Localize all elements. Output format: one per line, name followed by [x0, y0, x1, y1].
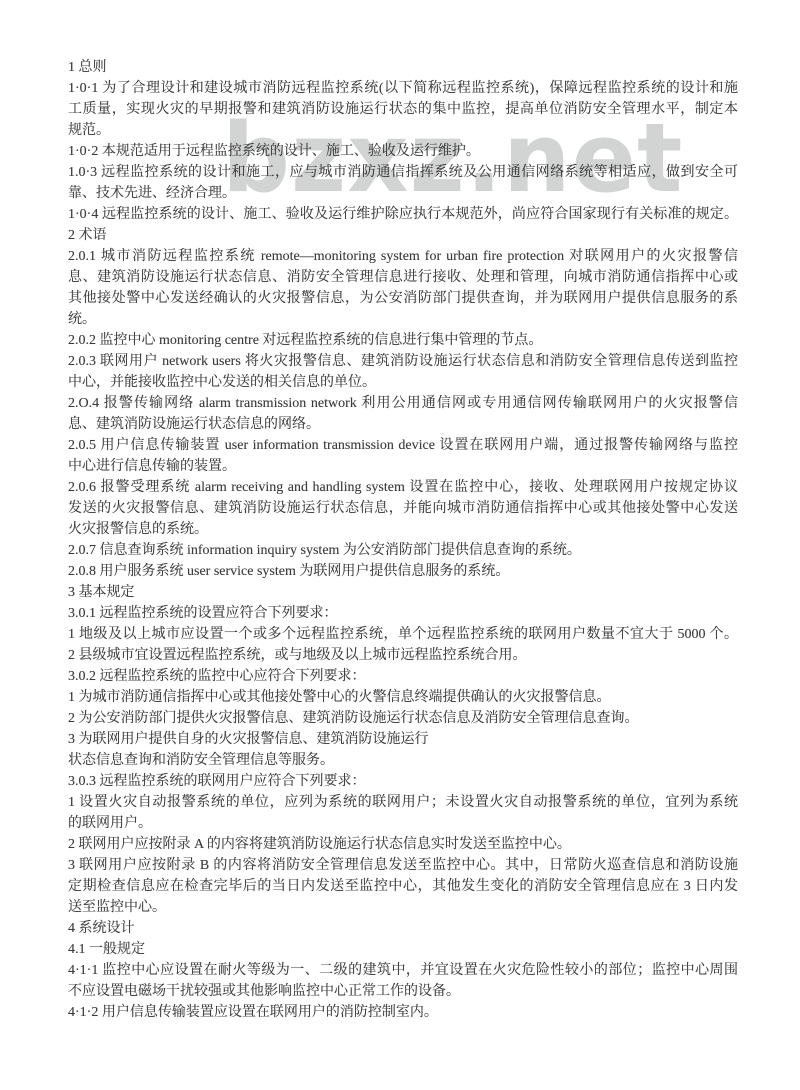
document-body: 1 总则1·0·1 为了合理设计和建设城市消防远程监控系统(以下简称远程监控系统…: [68, 57, 738, 1023]
doc-line: 2 县级城市宜设置远程监控系统，或与地级及以上城市远程监控系统合用。: [68, 645, 738, 666]
doc-line: 3.0.3 远程监控系统的联网用户应符合下列要求：: [68, 771, 738, 792]
doc-line: 2.0.2 监控中心 monitoring centre 对远程监控系统的信息进…: [68, 330, 738, 351]
doc-line: 其他接处警中心发送经确认的火灾报警信息，为公安消防部门提供查询，并为联网用户提供…: [68, 288, 738, 309]
doc-line: 1·0·2 本规范适用于远程监控系统的设计、施工、验收及运行维护。: [68, 141, 738, 162]
doc-line: 2.0.3 联网用户 network users 将火灾报警信息、建筑消防设施运…: [68, 351, 738, 372]
doc-line: 1 为城市消防通信指挥中心或其他接处警中心的火警信息终端提供确认的火灾报警信息。: [68, 687, 738, 708]
doc-line: 规范。: [68, 120, 738, 141]
doc-line: 2 联网用户应按附录 A 的内容将建筑消防设施运行状态信息实时发送至监控中心。: [68, 834, 738, 855]
doc-line: 2 为公安消防部门提供火灾报警信息、建筑消防设施运行状态信息及消防安全管理信息查…: [68, 708, 738, 729]
doc-line: 2.0.6 报警受理系统 alarm receiving and handlin…: [68, 477, 738, 498]
doc-line: 3 为联网用户提供自身的火灾报警信息、建筑消防设施运行: [68, 729, 738, 750]
doc-line: 靠、技术先进、经济合理。: [68, 183, 738, 204]
document-page: bzxz.net 1 总则1·0·1 为了合理设计和建设城市消防远程监控系统(以…: [0, 0, 800, 1090]
doc-line: 1 地级及以上城市应设置一个或多个远程监控系统，单个远程监控系统的联网用户数量不…: [68, 624, 738, 645]
doc-line: 息、建筑消防设施运行状态信息、消防安全管理信息进行接收、处理和管理，向城市消防通…: [68, 267, 738, 288]
doc-line: 中心进行信息传输的装置。: [68, 456, 738, 477]
doc-line: 4·1·1 监控中心应设置在耐火等级为一、二级的建筑中，并宜设置在火灾危险性较小…: [68, 960, 738, 981]
doc-line: 1·0·4 远程监控系统的设计、施工、验收及运行维护除应执行本规范外，尚应符合国…: [68, 204, 738, 225]
doc-line: 状态信息查询和消防安全管理信息等服务。: [68, 750, 738, 771]
doc-line: 3.0.1 远程监控系统的设置应符合下列要求：: [68, 603, 738, 624]
doc-line: 工质量，实现火灾的早期报警和建筑消防设施运行状态的集中监控，提高单位消防安全管理…: [68, 99, 738, 120]
doc-line: 中心，并能接收监控中心发送的相关信息的单位。: [68, 372, 738, 393]
doc-line: 息、建筑消防设施运行状态信息的网络。: [68, 414, 738, 435]
section-heading: 3 基本规定: [68, 582, 738, 603]
doc-line: 2.0.8 用户服务系统 user service system 为联网用户提供…: [68, 561, 738, 582]
doc-line: 火灾报警信息的系统。: [68, 519, 738, 540]
doc-line: 1 设置火灾自动报警系统的单位，应列为系统的联网用户；未设置火灾自动报警系统的单…: [68, 792, 738, 813]
section-heading: 2 术语: [68, 225, 738, 246]
doc-line: 4·1·2 用户信息传输装置应设置在联网用户的消防控制室内。: [68, 1002, 738, 1023]
section-heading: 1 总则: [68, 57, 738, 78]
doc-line: 2.0.7 信息查询系统 information inquiry system …: [68, 540, 738, 561]
doc-line: 2.0.1 城市消防远程监控系统 remote—monitoring syste…: [68, 246, 738, 267]
doc-line: 送至监控中心。: [68, 897, 738, 918]
doc-line: 2.0.5 用户信息传输装置 user information transmis…: [68, 435, 738, 456]
doc-line: 不应设置电磁场干扰较强或其他影响监控中心正常工作的设备。: [68, 981, 738, 1002]
doc-line: 3 联网用户应按附录 B 的内容将消防安全管理信息发送至监控中心。其中，日常防火…: [68, 855, 738, 876]
section-heading: 4 系统设计: [68, 918, 738, 939]
doc-line: 的联网用户。: [68, 813, 738, 834]
doc-line: 2.O.4 报警传输网络 alarm transmission network …: [68, 393, 738, 414]
section-heading: 4.1 一般规定: [68, 939, 738, 960]
doc-line: 统。: [68, 309, 738, 330]
doc-line: 定期检查信息应在检查完毕后的当日内发送至监控中心，其他发生变化的消防安全管理信息…: [68, 876, 738, 897]
doc-line: 1·0·1 为了合理设计和建设城市消防远程监控系统(以下简称远程监控系统)，保障…: [68, 78, 738, 99]
doc-line: 3.0.2 远程监控系统的监控中心应符合下列要求：: [68, 666, 738, 687]
doc-line: 1.0·3 远程监控系统的设计和施工，应与城市消防通信指挥系统及公用通信网络系统…: [68, 162, 738, 183]
doc-line: 发送的火灾报警信息、建筑消防设施运行状态信息，并能向城市消防通信指挥中心或其他接…: [68, 498, 738, 519]
